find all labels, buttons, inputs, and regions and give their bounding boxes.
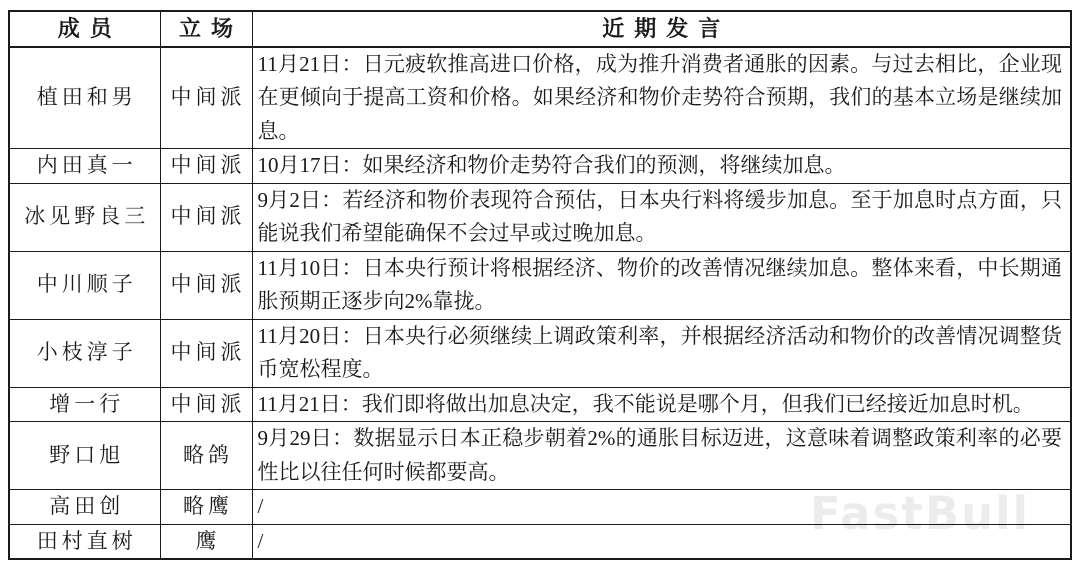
table-header-row: 成员 立场 近期发言 xyxy=(9,11,1071,47)
stance-cell: 略鹰 xyxy=(160,490,252,525)
statement-cell: 11月21日：我们即将做出加息决定，我不能说是哪个月，但我们已经接近加息时机。 xyxy=(252,387,1071,422)
stance-cell: 中间派 xyxy=(160,183,252,251)
stance-cell: 中间派 xyxy=(160,149,252,184)
column-header-statement: 近期发言 xyxy=(252,11,1071,47)
statement-cell: 11月21日：日元疲软推高进口价格，成为推升消费者通胀的因素。与过去相比，企业现… xyxy=(252,47,1071,149)
stance-cell: 中间派 xyxy=(160,251,252,319)
member-name-cell: 田村直树 xyxy=(9,524,160,559)
table-row: 增一行 中间派 11月21日：我们即将做出加息决定，我不能说是哪个月，但我们已经… xyxy=(9,387,1071,422)
statement-cell: 9月2日：若经济和物价表现符合预估，日本央行料将缓步加息。至于加息时点方面，只能… xyxy=(252,183,1071,251)
table-row: 高田创 略鹰 / xyxy=(9,490,1071,525)
table-row: 植田和男 中间派 11月21日：日元疲软推高进口价格，成为推升消费者通胀的因素。… xyxy=(9,47,1071,149)
statement-cell: 9月29日：数据显示日本正稳步朝着2%的通胀目标迈进，这意味着调整政策利率的必要… xyxy=(252,422,1071,490)
table-row: 中川顺子 中间派 11月10日：日本央行预计将根据经济、物价的改善情况继续加息。… xyxy=(9,251,1071,319)
member-name-cell: 小枝淳子 xyxy=(9,319,160,387)
stance-cell: 中间派 xyxy=(160,319,252,387)
statement-cell: 11月20日：日本央行必须继续上调政策利率，并根据经济活动和物价的改善情况调整货… xyxy=(252,319,1071,387)
statement-cell: 10月17日：如果经济和物价走势符合我们的预测，将继续加息。 xyxy=(252,149,1071,184)
statement-cell: 11月10日：日本央行预计将根据经济、物价的改善情况继续加息。整体来看，中长期通… xyxy=(252,251,1071,319)
column-header-member: 成员 xyxy=(9,11,160,47)
member-name-cell: 植田和男 xyxy=(9,47,160,149)
member-name-cell: 中川顺子 xyxy=(9,251,160,319)
table-row: 田村直树 鹰 / xyxy=(9,524,1071,559)
table-row: 冰见野良三 中间派 9月2日：若经济和物价表现符合预估，日本央行料将缓步加息。至… xyxy=(9,183,1071,251)
column-header-stance: 立场 xyxy=(160,11,252,47)
boj-members-table: 成员 立场 近期发言 植田和男 中间派 11月21日：日元疲软推高进口价格，成为… xyxy=(8,10,1072,560)
table-row: 小枝淳子 中间派 11月20日：日本央行必须继续上调政策利率，并根据经济活动和物… xyxy=(9,319,1071,387)
table-body: 植田和男 中间派 11月21日：日元疲软推高进口价格，成为推升消费者通胀的因素。… xyxy=(9,47,1071,560)
member-name-cell: 内田真一 xyxy=(9,149,160,184)
stance-cell: 鹰 xyxy=(160,524,252,559)
statement-cell: / xyxy=(252,524,1071,559)
stance-cell: 中间派 xyxy=(160,387,252,422)
member-name-cell: 冰见野良三 xyxy=(9,183,160,251)
member-name-cell: 野口旭 xyxy=(9,422,160,490)
table-row: 内田真一 中间派 10月17日：如果经济和物价走势符合我们的预测，将继续加息。 xyxy=(9,149,1071,184)
table-row: 野口旭 略鸽 9月29日：数据显示日本正稳步朝着2%的通胀目标迈进，这意味着调整… xyxy=(9,422,1071,490)
boj-members-table-container: 成员 立场 近期发言 植田和男 中间派 11月21日：日元疲软推高进口价格，成为… xyxy=(8,10,1072,560)
stance-cell: 中间派 xyxy=(160,47,252,149)
stance-cell: 略鸽 xyxy=(160,422,252,490)
member-name-cell: 高田创 xyxy=(9,490,160,525)
statement-cell: / xyxy=(252,490,1071,525)
member-name-cell: 增一行 xyxy=(9,387,160,422)
